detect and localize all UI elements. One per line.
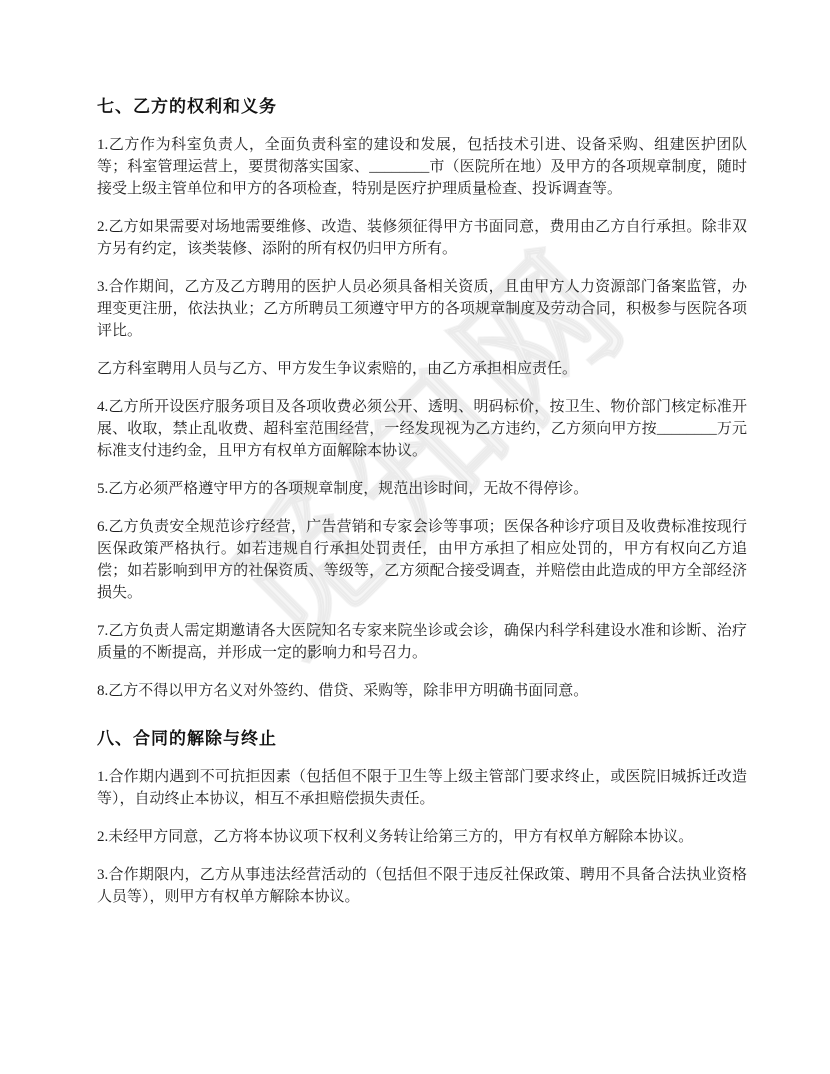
contract-paragraph: 6.乙方负责安全规范诊疗经营，广告营销和专家会诊等事项；医保各种诊疗项目及收费标… (97, 516, 747, 604)
contract-paragraph: 4.乙方所开设医疗服务项目及各项收费必须公开、透明、明码标价，按卫生、物价部门核… (97, 396, 747, 462)
section-heading-party-b-rights: 七、乙方的权利和义务 (97, 96, 747, 118)
contract-paragraph: 7.乙方负责人需定期邀请各大医院知名专家来院坐诊或会诊，确保内科学科建设水准和诊… (97, 620, 747, 664)
contract-paragraph: 2.乙方如果需要对场地需要维修、改造、装修须征得甲方书面同意，费用由乙方自行承担… (97, 216, 747, 260)
contract-paragraph: 乙方科室聘用人员与乙方、甲方发生争议索赔的，由乙方承担相应责任。 (97, 358, 747, 380)
section-heading-termination: 八、合同的解除与终止 (97, 728, 747, 750)
contract-paragraph: 1.乙方作为科室负责人，全面负责科室的建设和发展，包括技术引进、设备采购、组建医… (97, 134, 747, 200)
contract-content: 七、乙方的权利和义务 1.乙方作为科室负责人，全面负责科室的建设和发展，包括技术… (97, 96, 747, 924)
contract-paragraph: 5.乙方必须严格遵守甲方的各项规章制度，规范出诊时间，无故不得停诊。 (97, 478, 747, 500)
contract-paragraph: 2.未经甲方同意，乙方将本协议项下权利义务转让给第三方的，甲方有权单方解除本协议… (97, 826, 747, 848)
contract-paragraph: 3.合作期限内，乙方从事违法经营活动的（包括但不限于违反社保政策、聘用不具备合法… (97, 864, 747, 908)
contract-paragraph: 3.合作期间，乙方及乙方聘用的医护人员必须具备相关资质，且由甲方人力资源部门备案… (97, 276, 747, 342)
contract-paragraph: 1.合作期内遇到不可抗拒因素（包括但不限于卫生等上级主管部门要求终止，或医院旧城… (97, 766, 747, 810)
document-page: 觅知网 七、乙方的权利和义务 1.乙方作为科室负责人，全面负责科室的建设和发展，… (0, 0, 830, 1074)
contract-paragraph: 8.乙方不得以甲方名义对外签约、借贷、采购等，除非甲方明确书面同意。 (97, 680, 747, 702)
